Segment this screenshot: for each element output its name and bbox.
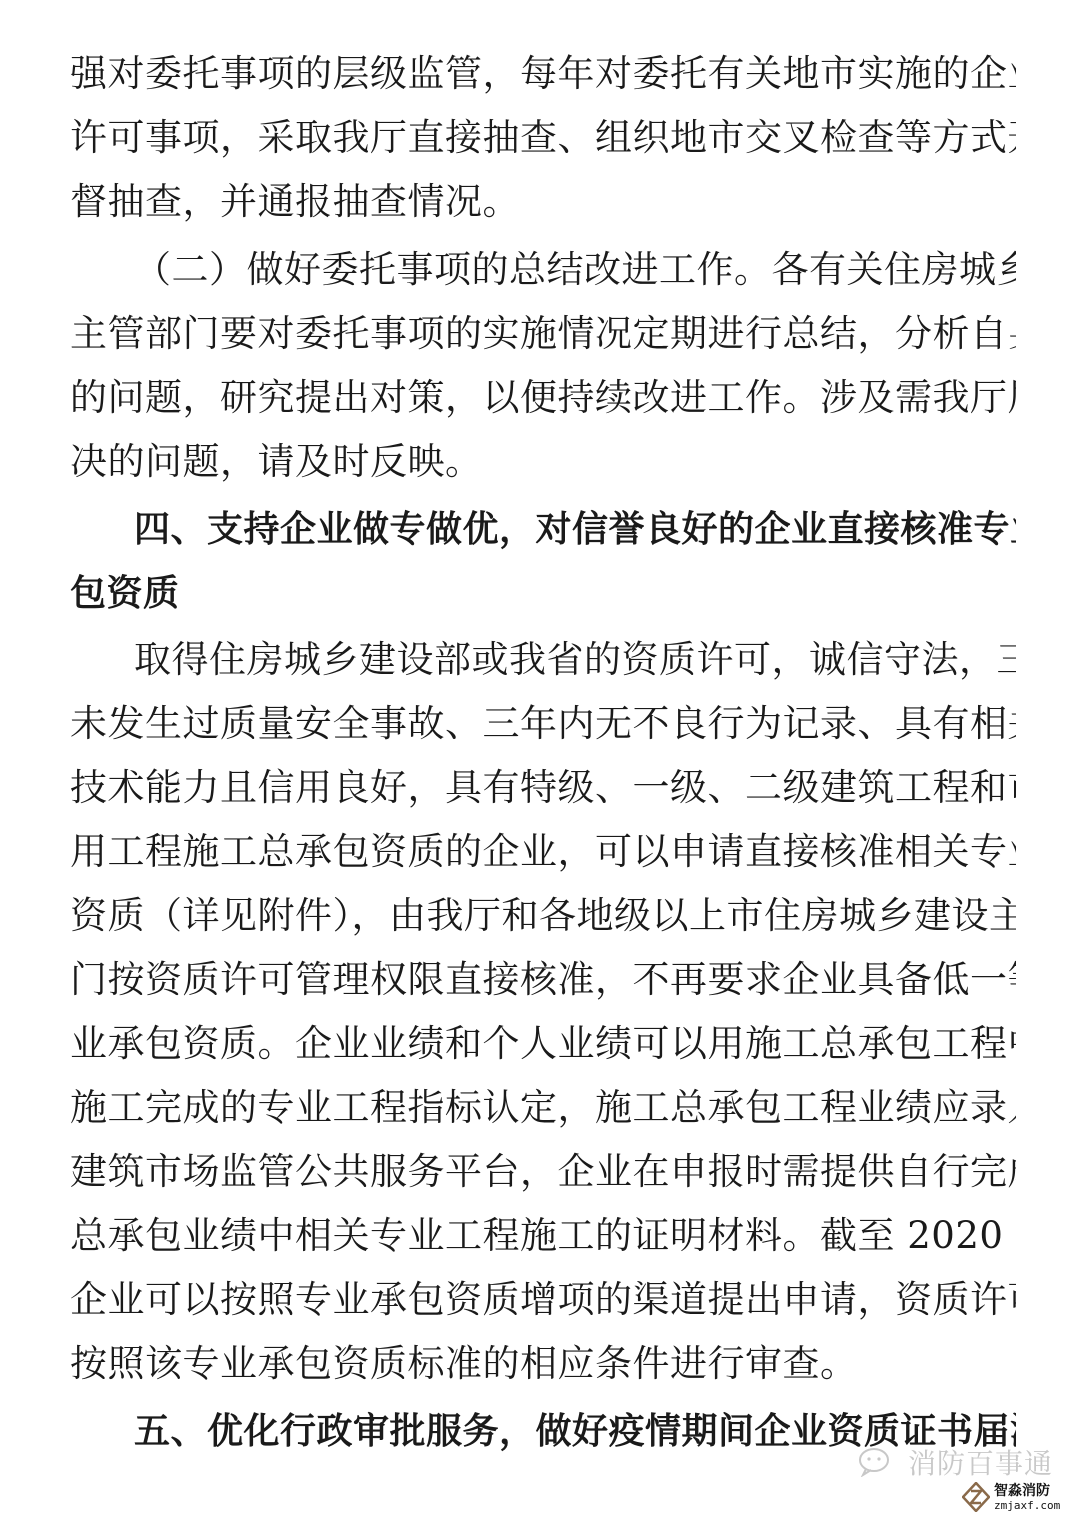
paragraph-line: 按照该专业承包资质标准的相应条件进行审查。 — [70, 1336, 1016, 1392]
section-heading-4: 四、支持企业做专做优，对信誉良好的企业直接核准专业承 — [134, 502, 1016, 558]
paragraph-line: 未发生过质量安全事故、三年内无不良行为记录、具有相关专业 — [70, 696, 1016, 752]
watermark-text: 消防百事通 — [908, 1442, 1053, 1482]
subsection-title-line: （二）做好委托事项的总结改进工作。各有关住房城乡建设 — [134, 242, 1016, 298]
site-logo: 智淼消防 zmjaxf.com — [962, 1482, 1060, 1512]
paragraph-line: 决的问题，请及时反映。 — [70, 434, 1016, 490]
paragraph-line: 总承包业绩中相关专业工程施工的证明材料。截至 2020 年底前， — [70, 1208, 1016, 1264]
paragraph-line: 的问题，研究提出对策，以便持续改进工作。涉及需我厅层面解 — [70, 370, 1016, 426]
document-page: 强对委托事项的层级监管，每年对委托有关地市实施的企业资质 许可事项，采取我厅直接… — [0, 0, 1080, 1519]
paragraph-line: 施工完成的专业工程指标认定，施工总承包工程业绩应录入全国 — [70, 1080, 1016, 1136]
paragraph-line: 强对委托事项的层级监管，每年对委托有关地市实施的企业资质 — [70, 46, 1016, 102]
section-heading-4-cont: 包资质 — [70, 566, 1016, 622]
wechat-icon — [858, 1447, 898, 1477]
paragraph-line: 业承包资质。企业业绩和个人业绩可以用施工总承包工程中自行 — [70, 1016, 1016, 1072]
logo-url: zmjaxf.com — [994, 1500, 1060, 1511]
logo-name: 智淼消防 — [994, 1484, 1060, 1498]
wechat-watermark: 消防百事通 — [858, 1444, 1053, 1480]
zhimiao-logo-icon — [962, 1482, 990, 1512]
paragraph-line: 取得住房城乡建设部或我省的资质许可，诚信守法，三年内 — [134, 632, 1016, 688]
paragraph-line: 督抽查，并通报抽查情况。 — [70, 174, 1016, 230]
paragraph-line: 门按资质许可管理权限直接核准，不再要求企业具备低一等级专 — [70, 952, 1016, 1008]
paragraph-line: 企业可以按照专业承包资质增项的渠道提出申请，资质许可机关 — [70, 1272, 1016, 1328]
paragraph-line: 许可事项，采取我厅直接抽查、组织地市交叉检查等方式开展监 — [70, 110, 1016, 166]
paragraph-line: 技术能力且信用良好，具有特级、一级、二级建筑工程和市政公 — [70, 760, 1016, 816]
paragraph-line: 资质（详见附件），由我厅和各地级以上市住房城乡建设主管部 — [70, 888, 1016, 944]
paragraph-line: 主管部门要对委托事项的实施情况定期进行总结，分析自身存在 — [70, 306, 1016, 362]
paragraph-line: 用工程施工总承包资质的企业，可以申请直接核准相关专业承包 — [70, 824, 1016, 880]
paragraph-line: 建筑市场监管公共服务平台，企业在申报时需提供自行完成该项 — [70, 1144, 1016, 1200]
